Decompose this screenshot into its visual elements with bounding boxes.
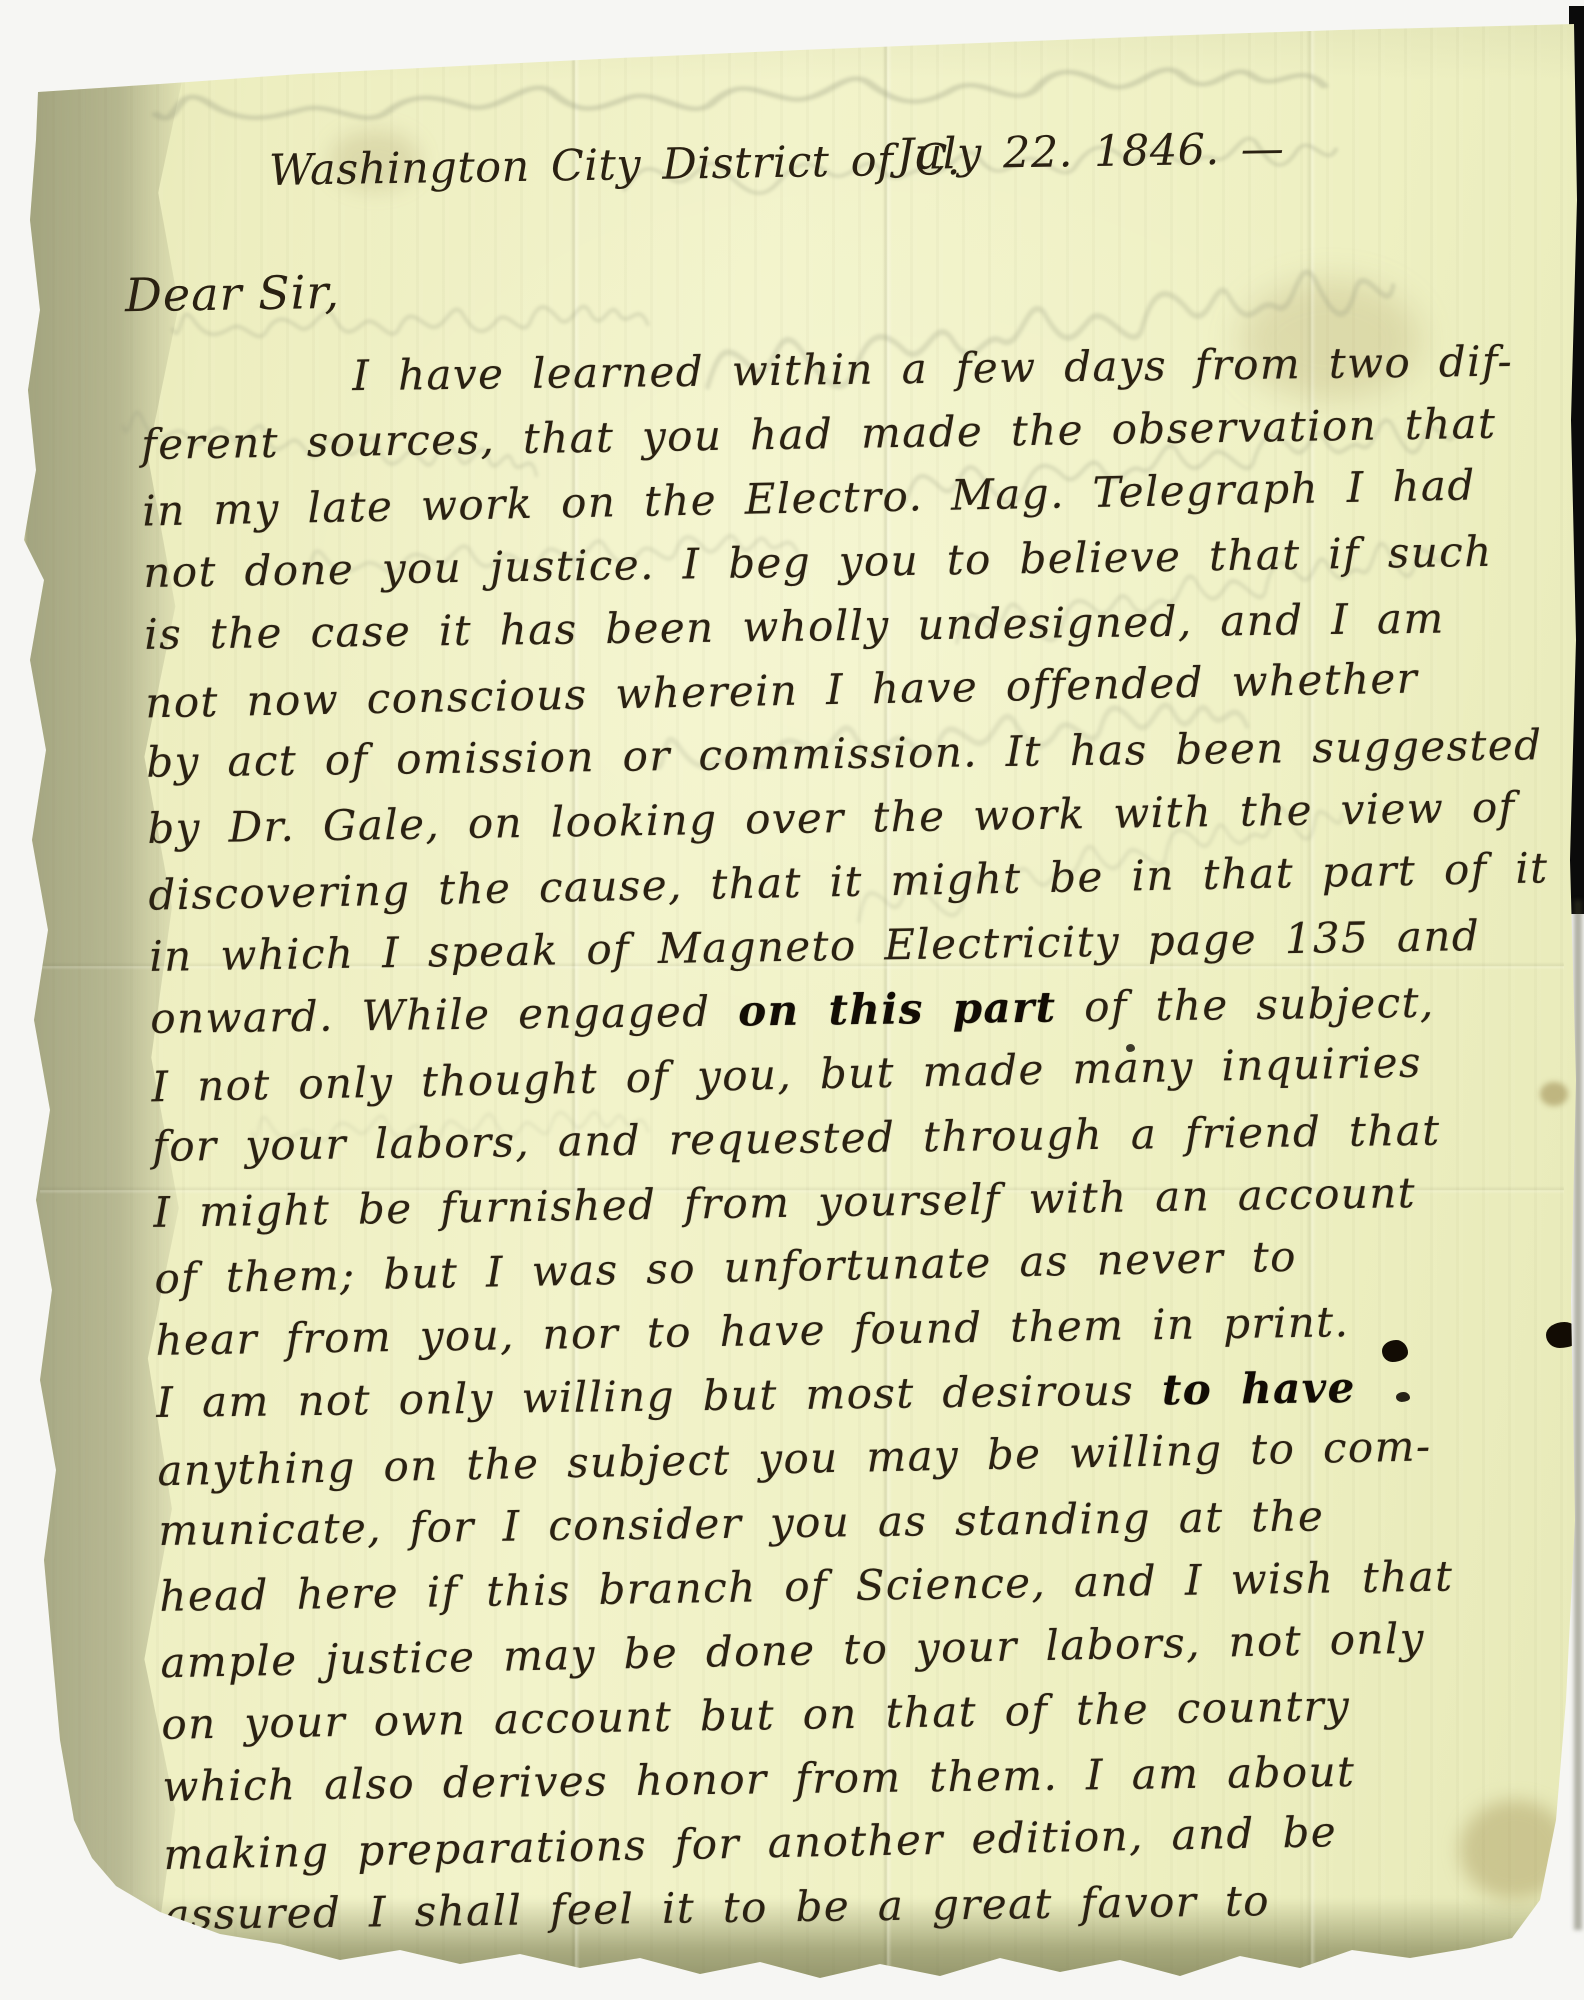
letter-paper: Washington City District of C. July 22. … [0,0,1584,2000]
letter-line: onward. While engaged on this part of th… [150,978,1435,1043]
letter-text: not done you justice. I beg you to belie… [143,527,1493,597]
letter-text: for your labors, and requested through a… [152,1106,1441,1171]
letter-text: on your own account but on that of the c… [161,1681,1350,1749]
letter-text: I not only thought of you, but made many… [151,1038,1422,1112]
letter-text: of them; but I was so unfortunate as nev… [154,1232,1297,1303]
letter-text: by act of omission or commission. It has… [146,720,1543,787]
letter-text: onward. While engaged [150,987,738,1043]
letter-line: not done you justice. I beg you to belie… [143,527,1493,597]
letter-line: by act of omission or commission. It has… [146,720,1543,787]
letter-text: anything on the subject you may be willi… [157,1421,1432,1495]
letter-line: ferent sources, that you had made the ob… [141,399,1497,469]
letter-text: I am not only willing but most desirous [156,1365,1162,1427]
letter-line: anything on the subject you may be willi… [157,1421,1432,1495]
letter-line: assured I shall feel it to be a great fa… [164,1876,1270,1939]
letter-text: not now conscious wherein I have offende… [145,654,1419,728]
letter-line: on your own account but on that of the c… [161,1681,1350,1749]
letter-body: I have learned within a few days from tw… [0,0,1578,2]
letter-text: of the subject, [1056,978,1435,1032]
letter-text: ample justice may be done to your labors… [160,1614,1425,1688]
letter-text: assured I shall feel it to be a great fa… [164,1876,1270,1939]
letter-text: making preparations for another edition,… [163,1807,1337,1879]
letter-line: I have learned within a few days from tw… [140,337,1513,403]
letter-line: in my late work on the Electro. Mag. Tel… [142,460,1476,535]
letter-line: making preparations for another edition,… [163,1807,1337,1879]
letter-text: I have learned within a few days from tw… [352,337,1513,401]
letter-line: which also derives honor from them. I am… [162,1747,1355,1811]
letter-place: Washington City District of C. [269,135,961,196]
letter-line: in which I speak of Magneto Electricity … [149,911,1480,981]
letter-date: July 22. 1846. — [896,124,1284,180]
letter-line: is the case it has been wholly undesigne… [144,594,1445,659]
letter-text: hear from you, nor to have found them in… [155,1297,1350,1365]
letter-text: ferent sources, that you had made the ob… [141,399,1497,469]
emphasized-phrase: on this part [738,983,1057,1036]
letter-line: discovering the cause, that it might be … [148,843,1549,919]
letter-text: municate, for I consider you as standing… [158,1491,1324,1555]
letter-line: I not only thought of you, but made many… [151,1038,1422,1112]
letter-line: of them; but I was so unfortunate as nev… [154,1232,1297,1303]
letter-line: hear from you, nor to have found them in… [155,1297,1350,1365]
letter-text: head here if this branch of Science, and… [159,1552,1454,1621]
scanned-letter-page: Washington City District of C. July 22. … [0,0,1584,2000]
letter-text: in which I speak of Magneto Electricity … [149,911,1480,981]
letter-line: for your labors, and requested through a… [152,1106,1441,1171]
letter-salutation: Dear Sir, [125,265,341,322]
letter-heading: Washington City District of C. July 22. … [0,125,1580,150]
letter-line: ample justice may be done to your labors… [160,1614,1425,1688]
emphasized-phrase: to have [1162,1363,1356,1414]
letter-line: head here if this branch of Science, and… [159,1552,1454,1621]
letter-text: by Dr. Gale, on looking over the work wi… [147,782,1516,852]
letter-text: discovering the cause, that it might be … [148,843,1549,919]
letter-line: by Dr. Gale, on looking over the work wi… [147,782,1516,852]
letter-line: not now conscious wherein I have offende… [145,654,1419,728]
letter-text: I might be furnished from yourself with … [153,1168,1416,1237]
letter-line: I am not only willing but most desirous … [156,1363,1356,1427]
letter-content: Washington City District of C. July 22. … [0,0,1584,2000]
letter-text: is the case it has been wholly undesigne… [144,594,1445,659]
letter-line: municate, for I consider you as standing… [158,1491,1324,1555]
letter-text: in my late work on the Electro. Mag. Tel… [142,460,1476,535]
letter-line: I might be furnished from yourself with … [153,1168,1416,1237]
letter-text: which also derives honor from them. I am… [162,1747,1355,1811]
